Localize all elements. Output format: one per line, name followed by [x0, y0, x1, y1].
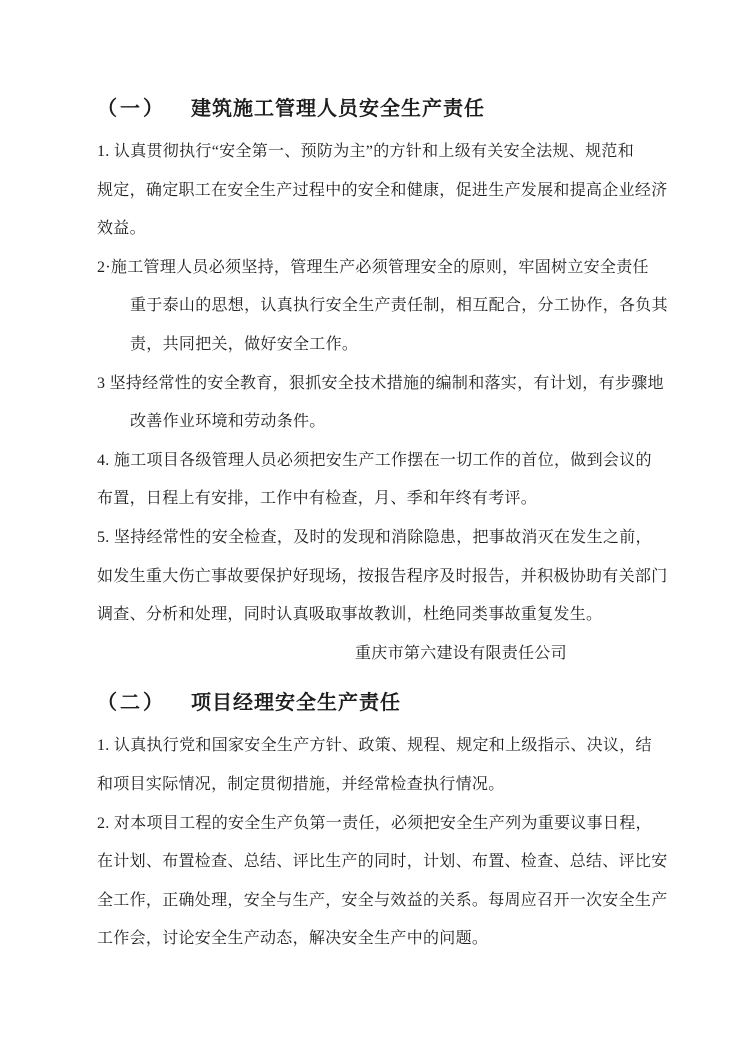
paragraph-line: 和项目实际情况，制定贯彻措施，并经常检查执行情况。	[97, 766, 651, 805]
paragraph-line: 改善作业环境和劳动条件。	[97, 403, 651, 442]
paragraph-line: 责，共同把关，做好安全工作。	[97, 326, 651, 365]
paragraph-line: 2. 对本项目工程的安全生产负第一责任，必须把安全生产列为重要议事日程，	[97, 805, 651, 844]
paragraph-line: 全工作，正确处理，安全与生产，安全与效益的关系。每周应召开一次安全生产	[97, 882, 651, 921]
paragraph-line: 布置，日程上有安排，工作中有检查，月、季和年终有考评。	[97, 480, 651, 519]
paragraph-line: 3 坚持经常性的安全教育，狠抓安全技术措施的编制和落实，有计划，有步骤地	[97, 365, 651, 404]
paragraph-line: 1. 认真贯彻执行“安全第一、预防为主”的方针和上级有关安全法规、规范和	[97, 133, 651, 172]
paragraph-line: 重于泰山的思想，认真执行安全生产责任制，相互配合，分工协作，各负其	[97, 287, 651, 326]
section-2-title: 项目经理安全生产责任	[191, 692, 401, 714]
paragraph-line: 5. 坚持经常性的安全检查，及时的发现和消除隐患，把事故消灭在发生之前，	[97, 519, 651, 558]
section-1-heading: （一）建筑施工管理人员安全生产责任	[97, 86, 651, 133]
paragraph-line: 在计划、布置检查、总结、评比生产的同时，计划、布置、检查、总结、评比安	[97, 843, 651, 882]
paragraph-line: 2·施工管理人员必须坚持，管理生产必须管理安全的原则，牢固树立安全责任	[97, 249, 651, 288]
section-1-number: （一）	[97, 98, 166, 120]
paragraph-line: 1. 认真执行党和国家安全生产方针、政策、规程、规定和上级指示、决议，结	[97, 727, 651, 766]
document-content: （一）建筑施工管理人员安全生产责任 1. 认真贯彻执行“安全第一、预防为主”的方…	[97, 86, 651, 959]
paragraph-line: 规定，确定职工在安全生产过程中的安全和健康，促进生产发展和提高企业经济	[97, 172, 651, 211]
paragraph-line: 工作会，讨论安全生产动态，解决安全生产中的问题。	[97, 920, 651, 959]
document-page: （一）建筑施工管理人员安全生产责任 1. 认真贯彻执行“安全第一、预防为主”的方…	[0, 0, 744, 1052]
section-2-number: （二）	[97, 692, 166, 714]
paragraph-line: 效益。	[97, 210, 651, 249]
section-1-title: 建筑施工管理人员安全生产责任	[191, 98, 485, 120]
paragraph-line: 如发生重大伤亡事故要保护好现场，按报告程序及时报告，并积极协助有关部门	[97, 558, 651, 597]
section-2-heading: （二）项目经理安全生产责任	[97, 680, 651, 727]
company-signature: 重庆市第六建设有限责任公司	[97, 635, 651, 674]
paragraph-line: 调查、分析和处理，同时认真吸取事故教训，杜绝同类事故重复发生。	[97, 596, 651, 635]
paragraph-line: 4. 施工项目各级管理人员必须把安生产工作摆在一切工作的首位，做到会议的	[97, 442, 651, 481]
